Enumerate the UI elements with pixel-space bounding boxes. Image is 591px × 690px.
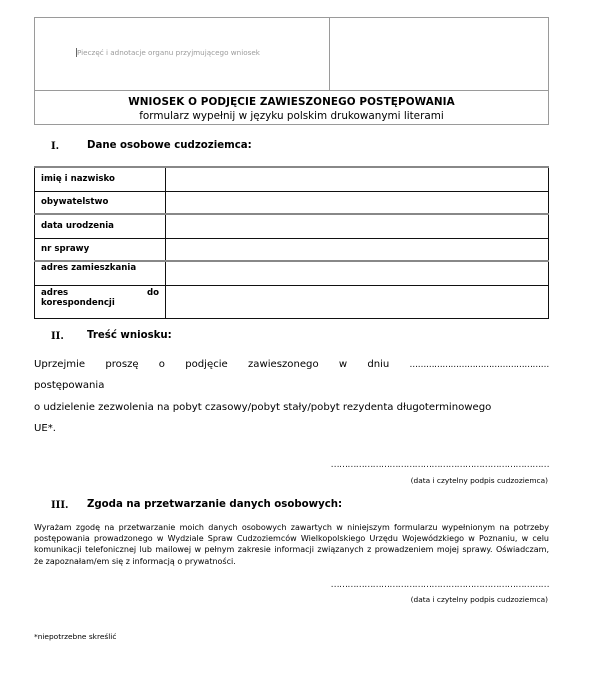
field-label-residence-address: adres zamieszkania xyxy=(35,261,166,285)
request-line-2: postępowania xyxy=(34,376,104,396)
personal-data-table: imię i nazwisko obywatelstwo data urodze… xyxy=(34,166,549,319)
field-label-citizenship: obywatelstwo xyxy=(35,191,166,214)
label-part: korespondencji xyxy=(41,298,159,308)
field-label-birth-date: data urodzenia xyxy=(35,214,166,238)
section-3-number: III. xyxy=(51,500,69,511)
section-1-number: I. xyxy=(51,141,59,152)
field-label-correspondence-address: adresdo korespondencji xyxy=(35,285,166,318)
label-part: adres xyxy=(41,288,68,298)
signature-field-1[interactable]: …………………………………………………………………… xyxy=(331,460,549,470)
correspondence-address-field[interactable] xyxy=(166,285,549,318)
word: Uprzejmie xyxy=(34,355,85,375)
section-2-number: II. xyxy=(51,331,64,342)
request-line-3: o udzielenie zezwolenia na pobyt czasowy… xyxy=(34,398,549,418)
section-2-title: Treść wniosku: xyxy=(87,330,172,341)
word: o xyxy=(159,355,165,375)
table-row: imię i nazwisko xyxy=(35,167,549,191)
form-subtitle: formularz wypełnij w języku polskim druk… xyxy=(35,110,548,122)
office-annotation-area[interactable] xyxy=(330,18,548,91)
consent-text: Wyrażam zgodę na przetwarzanie moich dan… xyxy=(34,522,549,567)
table-row: data urodzenia xyxy=(35,214,549,238)
request-line-1: Uprzejmie proszę o podjęcie zawieszonego… xyxy=(34,355,549,375)
word: dniu xyxy=(367,355,389,375)
signature-field-2[interactable]: …………………………………………………………………… xyxy=(331,580,549,590)
table-row: adres zamieszkania xyxy=(35,261,549,285)
section-1-title: Dane osobowe cudzoziemca: xyxy=(87,140,252,151)
name-field[interactable] xyxy=(166,167,549,191)
signature-caption-1: (data i czytelny podpis cudzoziemca) xyxy=(411,476,548,485)
citizenship-field[interactable] xyxy=(166,191,549,214)
suspension-date-field[interactable]: …………………………………………… xyxy=(410,355,549,375)
word: w xyxy=(339,355,347,375)
label-part: do xyxy=(147,288,159,298)
table-row: adresdo korespondencji xyxy=(35,285,549,318)
request-line-4: UE*. xyxy=(34,419,56,439)
table-row: obywatelstwo xyxy=(35,191,549,214)
signature-caption-2: (data i czytelny podpis cudzoziemca) xyxy=(411,595,548,604)
table-row: nr sprawy xyxy=(35,238,549,261)
footnote: *niepotrzebne skreślić xyxy=(34,632,116,641)
form-header-box: Pieczęć i adnotacje organu przyjmującego… xyxy=(34,17,549,125)
word: zawieszonego xyxy=(248,355,319,375)
form-title: WNIOSEK O PODJĘCIE ZAWIESZONEGO POSTĘPOW… xyxy=(35,96,548,108)
birth-date-field[interactable] xyxy=(166,214,549,238)
case-number-field[interactable] xyxy=(166,238,549,261)
stamp-placeholder: Pieczęć i adnotacje organu przyjmującego… xyxy=(76,48,260,57)
field-label-case-number: nr sprawy xyxy=(35,238,166,261)
residence-address-field[interactable] xyxy=(166,261,549,285)
office-stamp-area[interactable]: Pieczęć i adnotacje organu przyjmującego… xyxy=(35,18,330,91)
field-label-name: imię i nazwisko xyxy=(35,167,166,191)
word: podjęcie xyxy=(185,355,228,375)
word: proszę xyxy=(105,355,138,375)
section-3-title: Zgoda na przetwarzanie danych osobowych: xyxy=(87,499,342,510)
